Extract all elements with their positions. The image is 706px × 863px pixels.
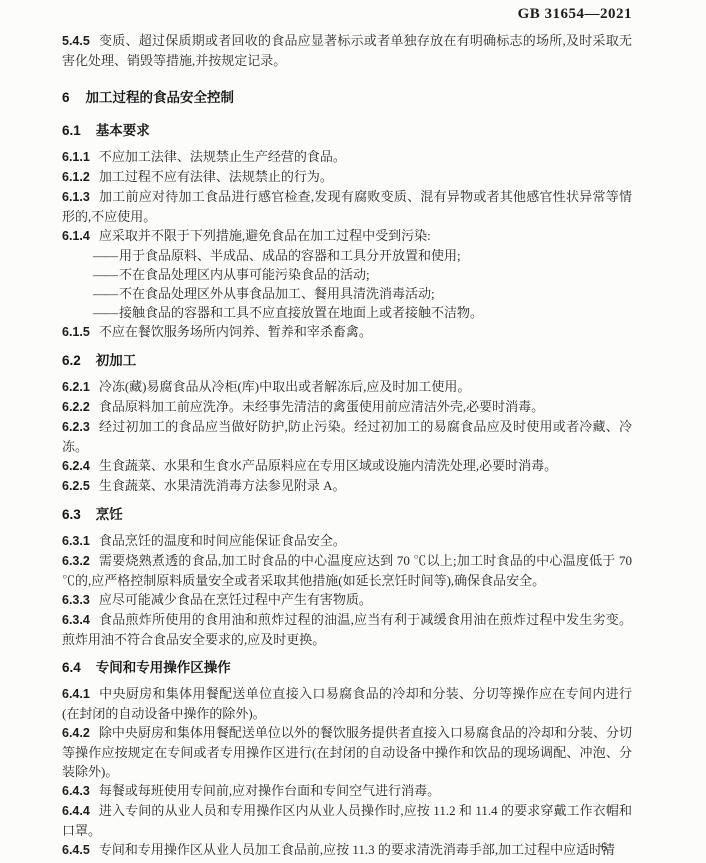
clause-5.4.5: 5.4.5变质、超过保质期或者回收的食品应显著标示或者单独存放在有明确标志的场所…: [62, 31, 632, 70]
clause-text: 食品煎炸所使用的食用油和煎炸过程的油温,应当有利于减缓食用油在煎炸过程中发生劣变…: [62, 612, 632, 647]
clause-number: 6.3.4: [62, 613, 90, 627]
clause-6.2.5: 6.2.5生食蔬菜、水果清洗消毒方法参见附录 A。: [62, 476, 632, 496]
dash-mark: ——: [93, 286, 117, 301]
clause-6.2.2: 6.2.2食品原料加工前应洗净。未经事先清洁的禽蛋使用前应清洁外壳,必要时消毒。: [62, 397, 632, 417]
clause-text: 生食蔬菜、水果和生食水产品原料应在专用区域或设施内清洗处理,必要时消毒。: [99, 458, 557, 473]
clause-6.1.2: 6.1.2加工过程不应有法律、法规禁止的行为。: [62, 167, 632, 187]
clause-6.4.3: 6.4.3每餐或每班使用专间前,应对操作台面和专间空气进行消毒。: [62, 781, 632, 801]
clause-number: 6.1.2: [62, 170, 90, 184]
clause-text: 进入专间的从业人员和专用操作区内从业人员操作时,应按 11.2 和 11.4 的…: [62, 803, 632, 838]
clause-text: 专间和专用操作区从业人员加工食品前,应按 11.3 的要求清洗消毒手部,加工过程…: [99, 842, 615, 857]
clause-number: 6.3.3: [62, 593, 90, 607]
section-heading-6.2: 6.2初加工: [62, 351, 632, 370]
dash-item: ——不在食品处理区内从事可能污染食品的活动;: [62, 265, 632, 284]
clause-6.4.2: 6.4.2除中央厨房和集体用餐配送单位以外的餐饮服务提供者直接入口易腐食品的冷却…: [62, 723, 632, 781]
clause-6.4.1: 6.4.1中央厨房和集体用餐配送单位直接入口易腐食品的冷却和分装、分切等操作应在…: [62, 684, 632, 723]
clause-number: 6.4.1: [62, 687, 90, 701]
clause-number: 6.1.5: [62, 325, 90, 339]
section-title: 专间和专用操作区操作: [96, 660, 231, 675]
clause-number: 6.4.5: [62, 843, 90, 857]
clause-text: 加工过程不应有法律、法规禁止的行为。: [99, 169, 333, 184]
clause-6.4.4: 6.4.4进入专间的从业人员和专用操作区内从业人员操作时,应按 11.2 和 1…: [62, 801, 632, 840]
clause-number: 5.4.5: [62, 34, 90, 48]
clause-number: 6.3.2: [62, 554, 90, 568]
clause-6.2.3: 6.2.3经过初加工的食品应当做好防护,防止污染。经过初加工的易腐食品应及时使用…: [62, 417, 632, 456]
clause-text: 食品烹饪的温度和时间应能保证食品安全。: [99, 533, 346, 548]
clause-6.4.5: 6.4.5专间和专用操作区从业人员加工食品前,应按 11.3 的要求清洗消毒手部…: [62, 840, 632, 860]
clause-6.1.5: 6.1.5不应在餐饮服务场所内饲养、暂养和宰杀畜禽。: [62, 322, 632, 342]
clause-text: 应采取并不限于下列措施,避免食品在加工过程中受到污染:: [99, 228, 431, 243]
document-page: GB 31654—2021 5.4.5变质、超过保质期或者回收的食品应显著标示或…: [0, 0, 706, 863]
section-title: 加工过程的食品安全控制: [86, 90, 235, 105]
section-number: 6: [62, 90, 70, 105]
clause-number: 6.2.2: [62, 400, 90, 414]
clause-number: 6.3.1: [62, 534, 90, 548]
section-heading-6: 6加工过程的食品安全控制: [62, 88, 632, 107]
clause-number: 6.4.4: [62, 804, 90, 818]
document-body: 5.4.5变质、超过保质期或者回收的食品应显著标示或者单独存放在有明确标志的场所…: [62, 23, 632, 860]
dash-item: ——接触食品的容器和工具不应直接放置在地面上或者接触不洁物。: [62, 303, 632, 322]
clause-text: 中央厨房和集体用餐配送单位直接入口易腐食品的冷却和分装、分切等操作应在专间内进行…: [62, 686, 632, 721]
section-number: 6.4: [62, 660, 81, 675]
clause-number: 6.1.1: [62, 150, 90, 164]
clause-text: 冷冻(藏)易腐食品从冷柜(库)中取出或者解冻后,应及时加工使用。: [99, 379, 471, 394]
section-number: 6.3: [62, 507, 81, 522]
dash-mark: ——: [93, 248, 117, 263]
clause-number: 6.4.3: [62, 784, 90, 798]
clause-6.3.4: 6.3.4食品煎炸所使用的食用油和煎炸过程的油温,应当有利于减缓食用油在煎炸过程…: [62, 610, 632, 649]
clause-6.3.3: 6.3.3应尽可能减少食品在烹饪过程中产生有害物质。: [62, 590, 632, 610]
clause-text: 除中央厨房和集体用餐配送单位以外的餐饮服务提供者直接入口易腐食品的冷却和分装、分…: [62, 725, 632, 779]
section-title: 烹饪: [96, 507, 123, 522]
clause-text: 加工前应对待加工食品进行感官检查,发现有腐败变质、混有异物或者其他感官性状异常等…: [62, 189, 632, 224]
section-title: 初加工: [96, 353, 137, 368]
clause-text: 每餐或每班使用专间前,应对操作台面和专间空气进行消毒。: [99, 783, 440, 798]
clause-text: 食品原料加工前应洗净。未经事先清洁的禽蛋使用前应清洁外壳,必要时消毒。: [99, 399, 544, 414]
dash-item: ——用于食品原料、半成品、成品的容器和工具分开放置和使用;: [62, 246, 632, 265]
section-heading-6.1: 6.1基本要求: [62, 121, 632, 140]
clause-number: 6.2.5: [62, 479, 90, 493]
clause-text: 变质、超过保质期或者回收的食品应显著标示或者单独存放在有明确标志的场所,及时采取…: [62, 33, 632, 68]
clause-text: 生食蔬菜、水果清洗消毒方法参见附录 A。: [99, 478, 346, 493]
section-heading-6.4: 6.4专间和专用操作区操作: [62, 658, 632, 677]
page-number: 6: [601, 840, 607, 855]
clause-6.3.2: 6.3.2需要烧熟煮透的食品,加工时食品的中心温度应达到 70 ℃以上;加工时食…: [62, 551, 632, 590]
clause-6.1.3: 6.1.3加工前应对待加工食品进行感官检查,发现有腐败变质、混有异物或者其他感官…: [62, 187, 632, 226]
clause-6.1.4: 6.1.4应采取并不限于下列措施,避免食品在加工过程中受到污染:: [62, 226, 632, 246]
dash-text: 不在食品处理区内从事可能污染食品的活动;: [119, 267, 370, 282]
clause-number: 6.4.2: [62, 726, 90, 740]
dash-text: 接触食品的容器和工具不应直接放置在地面上或者接触不洁物。: [119, 305, 483, 320]
clause-text: 不应加工法律、法规禁止生产经营的食品。: [99, 149, 346, 164]
clause-text: 应尽可能减少食品在烹饪过程中产生有害物质。: [99, 592, 372, 607]
section-number: 6.1: [62, 123, 81, 138]
clause-6.1.1: 6.1.1不应加工法律、法规禁止生产经营的食品。: [62, 147, 632, 167]
clause-text: 不应在餐饮服务场所内饲养、暂养和宰杀畜禽。: [99, 324, 372, 339]
section-heading-6.3: 6.3烹饪: [62, 505, 632, 524]
clause-number: 6.2.4: [62, 459, 90, 473]
dash-text: 不在食品处理区外从事食品加工、餐用具清洗消毒活动;: [119, 286, 435, 301]
clause-number: 6.2.1: [62, 380, 90, 394]
clause-number: 6.2.3: [62, 420, 90, 434]
clause-text: 经过初加工的食品应当做好防护,防止污染。经过初加工的易腐食品应及时使用或者冷藏、…: [62, 419, 632, 454]
clause-6.3.1: 6.3.1食品烹饪的温度和时间应能保证食品安全。: [62, 531, 632, 551]
section-title: 基本要求: [96, 123, 150, 138]
clause-number: 6.1.3: [62, 190, 90, 204]
clause-6.2.4: 6.2.4生食蔬菜、水果和生食水产品原料应在专用区域或设施内清洗处理,必要时消毒…: [62, 456, 632, 476]
section-number: 6.2: [62, 353, 81, 368]
dash-item: ——不在食品处理区外从事食品加工、餐用具清洗消毒活动;: [62, 284, 632, 303]
clause-number: 6.1.4: [62, 229, 90, 243]
dash-text: 用于食品原料、半成品、成品的容器和工具分开放置和使用;: [119, 248, 461, 263]
dash-mark: ——: [93, 305, 117, 320]
clause-6.2.1: 6.2.1冷冻(藏)易腐食品从冷柜(库)中取出或者解冻后,应及时加工使用。: [62, 377, 632, 397]
clause-text: 需要烧熟煮透的食品,加工时食品的中心温度应达到 70 ℃以上;加工时食品的中心温…: [62, 553, 632, 588]
dash-mark: ——: [93, 267, 117, 282]
standard-code: GB 31654—2021: [62, 6, 632, 23]
